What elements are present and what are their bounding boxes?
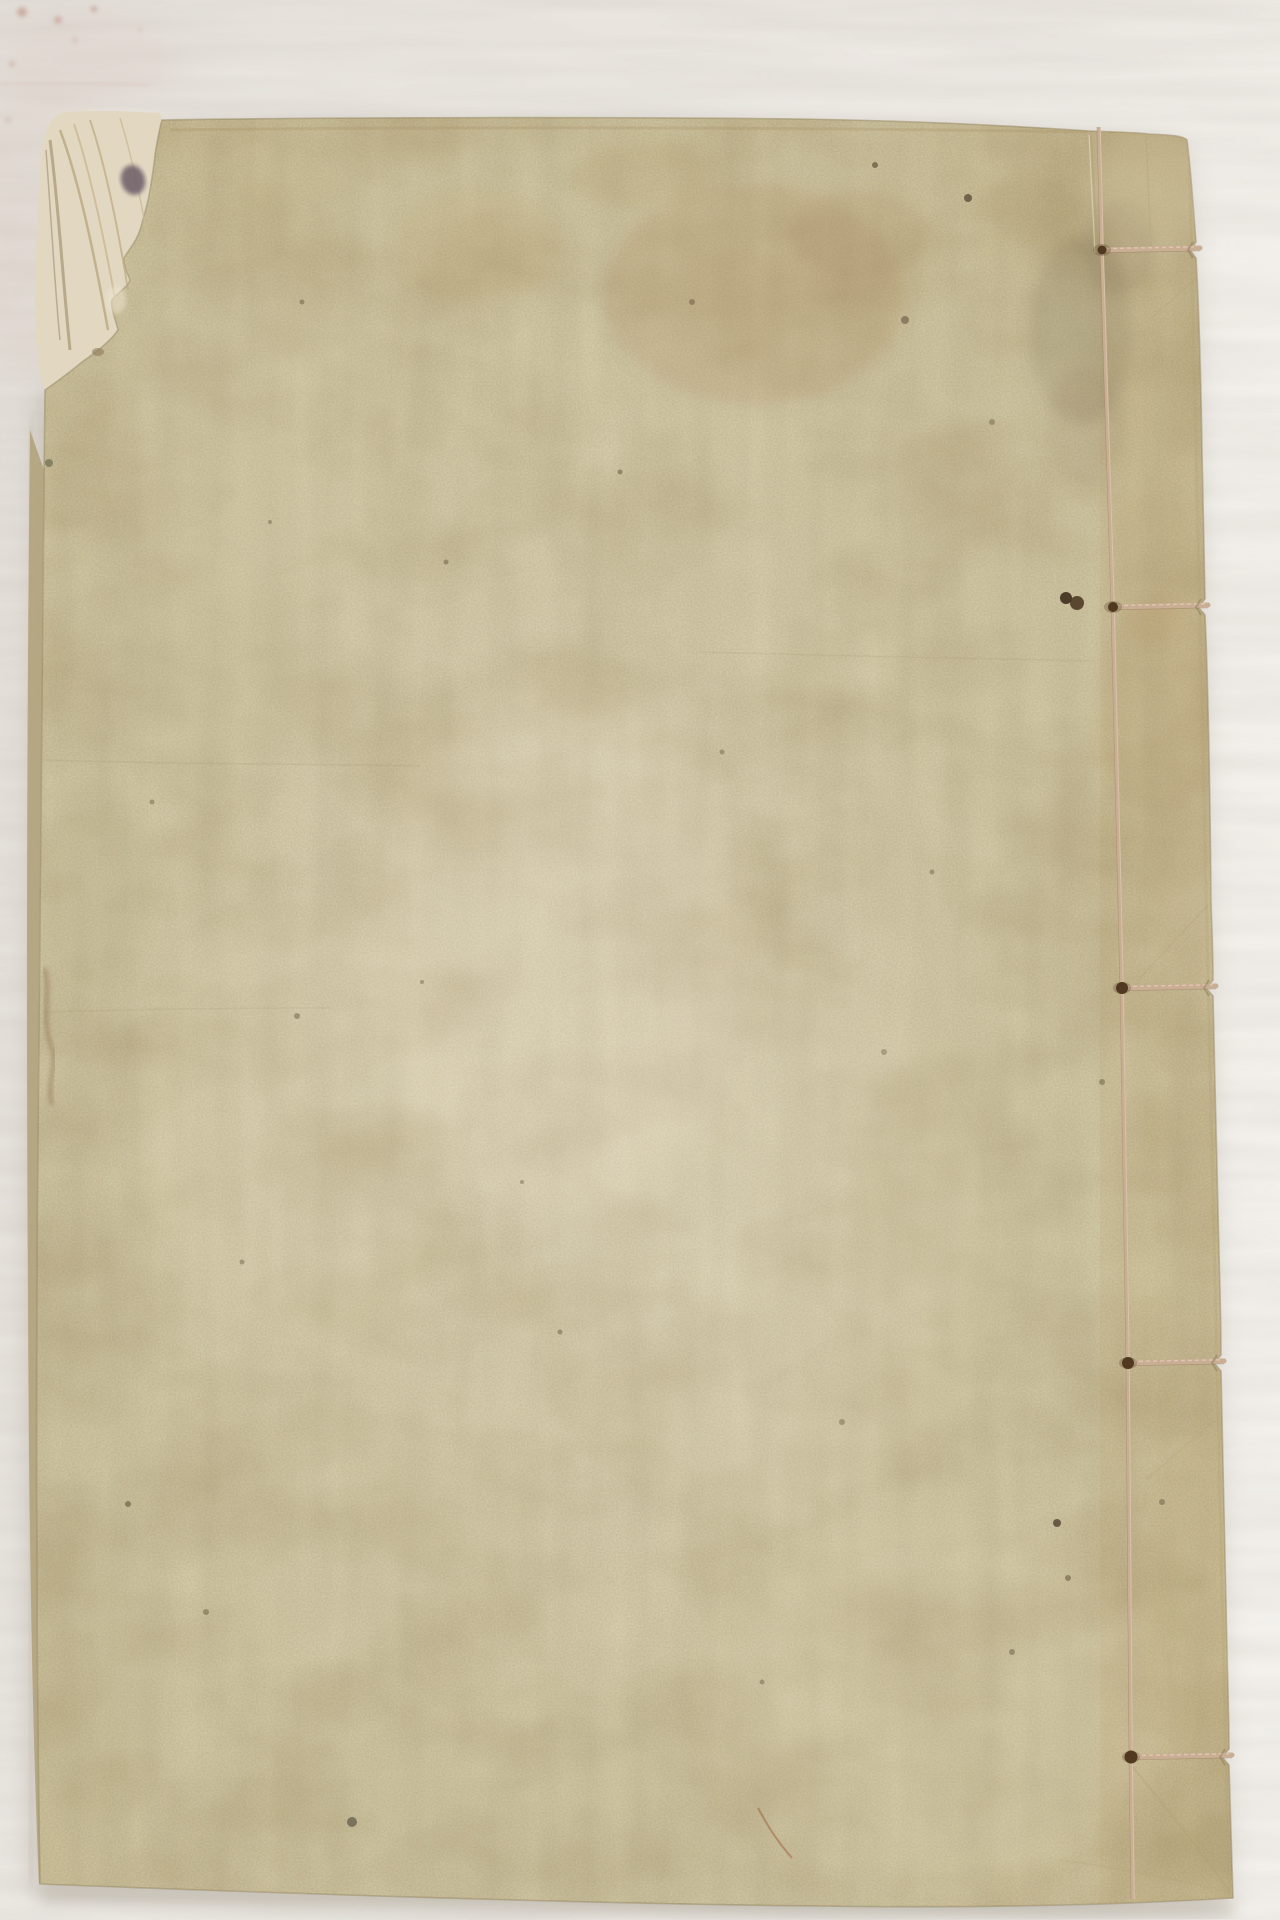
speck <box>9 61 15 67</box>
speck <box>240 1260 245 1265</box>
speck <box>1065 1575 1071 1581</box>
speck <box>45 459 53 467</box>
speck <box>125 1501 131 1507</box>
speck <box>689 299 695 305</box>
stain <box>700 1520 1180 1880</box>
speck <box>73 38 78 43</box>
speck <box>881 1049 887 1055</box>
speck <box>520 1180 524 1184</box>
speck <box>91 6 97 12</box>
speck <box>872 162 878 168</box>
stain <box>220 145 360 215</box>
speck <box>930 870 935 875</box>
speck <box>203 1609 209 1615</box>
speck <box>444 560 449 565</box>
speck <box>839 1419 845 1425</box>
stitch-hole <box>1125 1751 1138 1764</box>
stain <box>395 190 565 300</box>
speck <box>150 800 155 805</box>
stitch-hole <box>1098 246 1107 255</box>
stain <box>540 970 1000 1510</box>
speck <box>294 1013 300 1019</box>
stitch-hole <box>1108 602 1118 612</box>
speck <box>1009 1649 1015 1655</box>
stain <box>22 1480 162 1840</box>
speck <box>138 28 142 32</box>
speck <box>17 7 27 17</box>
stain <box>140 910 460 1330</box>
stain <box>570 143 710 207</box>
stitch-hole <box>1122 1357 1134 1369</box>
speck <box>54 16 62 24</box>
speck <box>901 316 909 324</box>
stain <box>1107 490 1197 640</box>
speck <box>558 1330 563 1335</box>
stitch-hole <box>1116 982 1128 994</box>
speck <box>964 194 972 202</box>
speck <box>760 1680 765 1685</box>
speck <box>347 1817 357 1827</box>
stain <box>40 780 150 990</box>
speck <box>989 419 995 425</box>
cover-surface-detail <box>22 100 1245 1915</box>
stain <box>975 175 1085 235</box>
speck <box>1099 1079 1105 1085</box>
speck <box>1053 1519 1061 1527</box>
stain <box>790 190 930 280</box>
speck <box>618 470 623 475</box>
stain <box>110 240 390 600</box>
speck <box>1070 596 1084 610</box>
speck <box>720 750 725 755</box>
speck <box>5 117 11 123</box>
book-photo-canvas <box>0 0 1280 1920</box>
speck <box>1159 1499 1165 1505</box>
speck <box>268 520 272 524</box>
speck <box>300 300 305 305</box>
photograph-of-antique-book <box>0 0 1280 1920</box>
stain <box>1045 365 1125 485</box>
speck <box>420 980 424 984</box>
